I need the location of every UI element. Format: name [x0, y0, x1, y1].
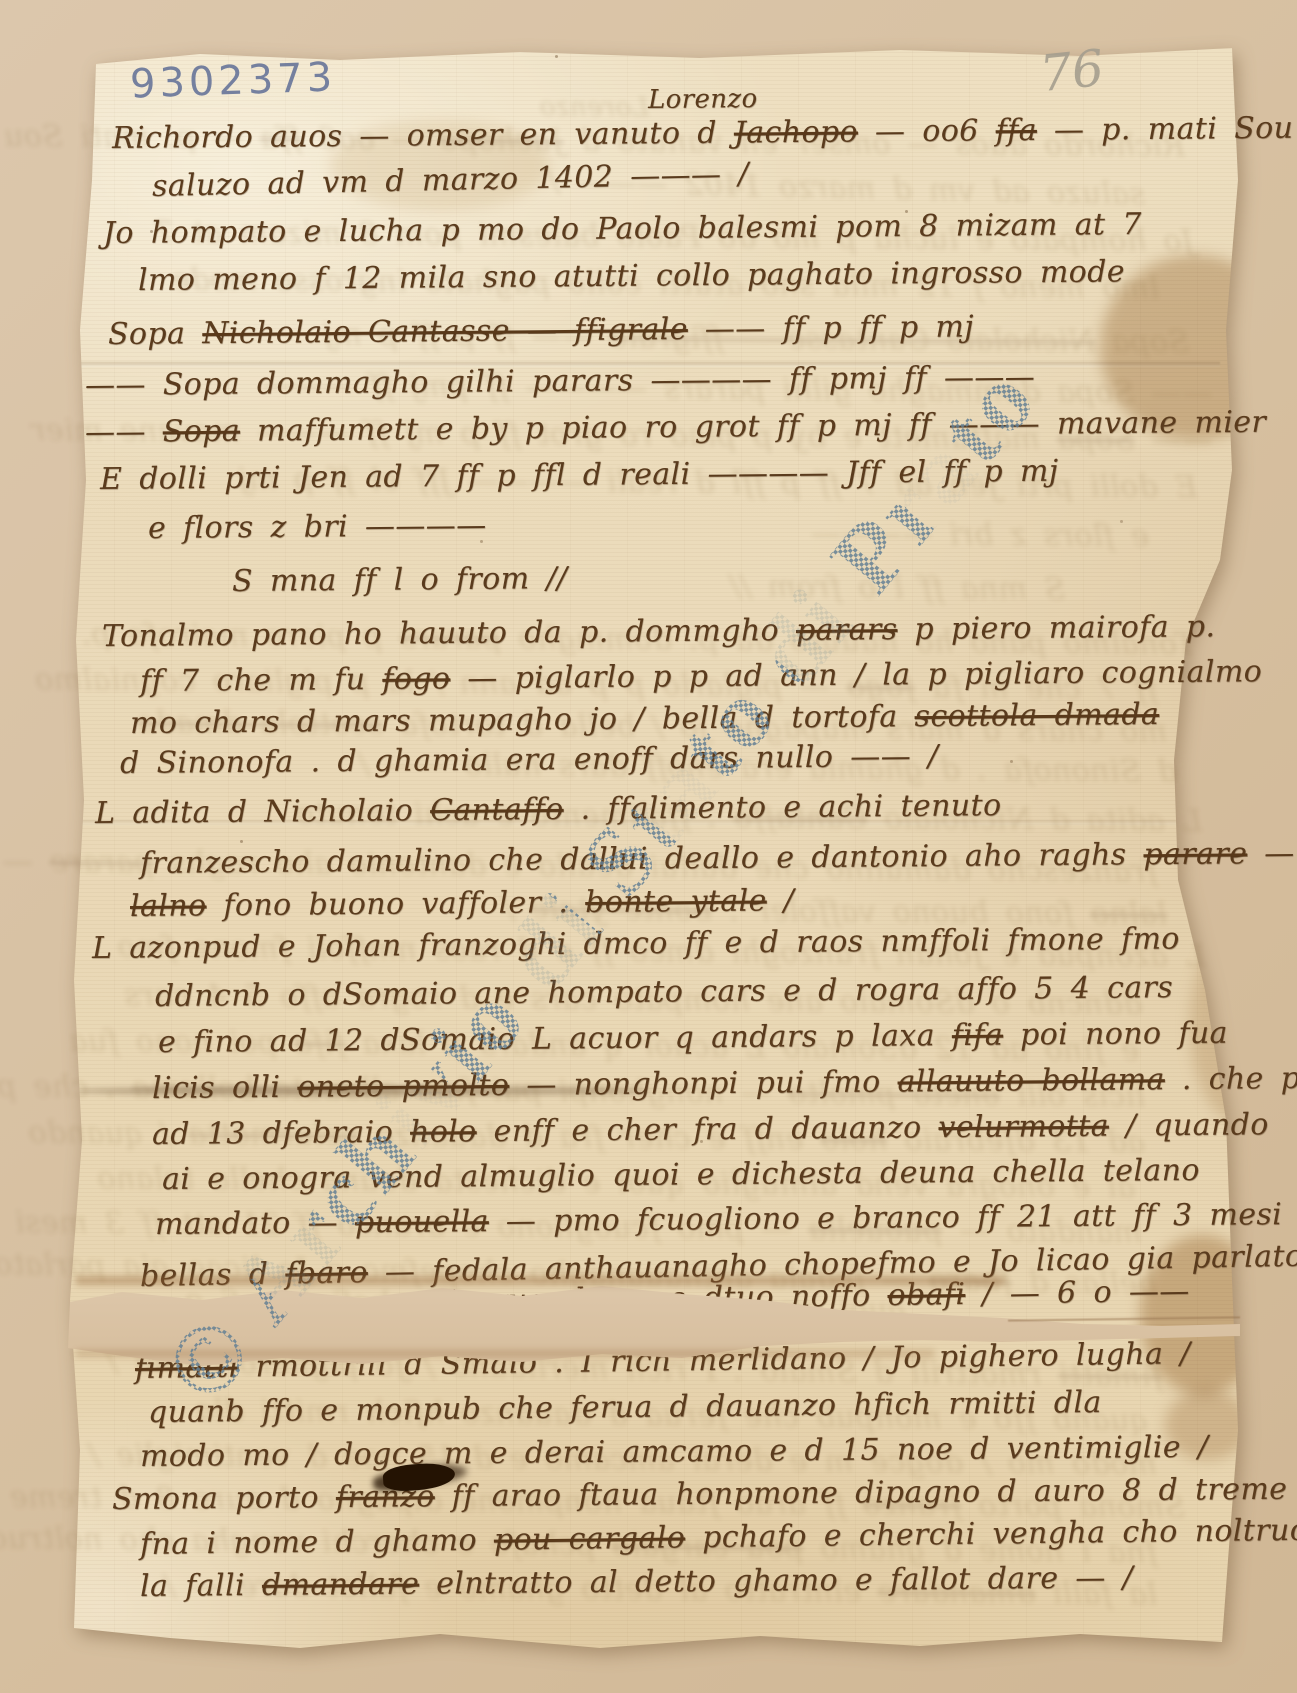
manuscript-line: Tonalmo pano ho hauuto da p. dommgho par…: [102, 608, 1216, 655]
struck-through-text: pou cargalo: [494, 1520, 686, 1557]
handwritten-text: Smona porto: [112, 1480, 336, 1517]
handwritten-text: lmo meno f 12 mila sno atutti collo pagh…: [138, 254, 1125, 298]
manuscript-line: —— Sopa dommagho gilhi parars ———— ff pm…: [85, 359, 1035, 405]
manuscript-line: quanb ffo e monpub che ferua d dauanzo h…: [148, 1384, 1102, 1431]
struck-through-text: lalno: [130, 888, 207, 924]
handwritten-text: fna i nome d ghamo: [140, 1523, 494, 1562]
struck-through-text: scottola dmada: [914, 697, 1159, 734]
manuscript-line: lmo meno f 12 mila sno atutti collo pagh…: [138, 253, 1125, 299]
handwritten-text: e flors z bri ————: [148, 508, 487, 546]
handwritten-text: — p. mati Sou: [1037, 111, 1294, 148]
struck-through-text: fifa: [952, 1018, 1004, 1053]
handwritten-text: d Sinonofa . d ghamia era enoff dars nul…: [120, 739, 939, 781]
handwritten-text: — oo6: [858, 113, 996, 149]
handwritten-text: /: [767, 883, 795, 918]
handwritten-text: licis olli: [152, 1070, 298, 1106]
handwritten-text: poi nono fua: [1003, 1016, 1228, 1053]
struck-through-text: Jachopo: [734, 114, 858, 150]
manuscript-line: d Sinonofa . d ghamia era enoff dars nul…: [120, 738, 939, 783]
manuscript-line: S mna ff l o from //: [232, 560, 568, 600]
handwritten-text: maffumett e by p piao ro grot ff p mj ff…: [240, 405, 1266, 449]
manuscript-line: fna i nome d ghamo pou cargalo pchafo e …: [140, 1511, 1297, 1563]
handwritten-text: p piero mairofa p.: [897, 609, 1215, 647]
handwritten-text: la falli: [140, 1568, 262, 1604]
handwritten-text: S mna ff l o from //: [232, 561, 568, 599]
manuscript-line: Sopa Nicholaio Cantasse — ffigrale —— ff…: [108, 308, 974, 353]
handwritten-text: saluzo ad vm d marzo 1402 ——— /: [152, 157, 750, 204]
manuscript-line: ddncnb o dSomaio ane hompato cars e d ro…: [155, 969, 1173, 1015]
archive-number: 9302373: [129, 54, 337, 107]
document-scan: LorenzoRichordo auos — omser en vanuto d…: [0, 0, 1297, 1693]
struck-through-text: dmandare: [262, 1567, 420, 1603]
handwritten-text: Jo hompato e lucha p mo do Paolo balesmi…: [103, 207, 1142, 251]
handwritten-text: Sopa: [108, 316, 203, 352]
folio-number: 76: [1037, 39, 1106, 103]
struck-through-text: Sopa: [163, 414, 241, 450]
handwritten-text: ff arao ftaua honpmone dipagno d auro 8 …: [435, 1472, 1288, 1514]
handwritten-text: quanb ffo e monpub che ferua d dauanzo h…: [148, 1385, 1102, 1430]
struck-through-text: allauuto bollama: [897, 1062, 1165, 1099]
handwritten-text: — pmo fcuogliono e branco ff 21 att ff 3…: [489, 1197, 1283, 1239]
handwritten-text: Tonalmo pano ho hauuto da p. dommgho: [102, 613, 796, 654]
handwritten-text: — nonghonpi pui fmo: [509, 1064, 898, 1102]
handwritten-text: elntratto al detto ghamo e fallot dare —…: [419, 1560, 1133, 1601]
manuscript-line: licis olli oneto pmolto — nonghonpi pui …: [152, 1059, 1297, 1107]
struck-through-text: ffa: [995, 113, 1037, 148]
manuscript-line: Jo hompato e lucha p mo do Paolo balesmi…: [103, 206, 1142, 253]
handwritten-text: —: [1247, 836, 1295, 871]
struck-through-text: velurmotta: [938, 1109, 1109, 1145]
manuscript-line: Richordo auos — omser en vanuto d Jachop…: [112, 110, 1294, 158]
struck-through-text: Nicholaio Cantasse — ffigrale: [202, 312, 688, 351]
handwritten-text: Richordo auos — omser en vanuto d: [112, 116, 734, 156]
manuscript-line: e fino ad 12 dSomaio L acuor q andars p …: [158, 1015, 1228, 1062]
handwritten-text: ——: [85, 414, 163, 450]
handwritten-text: ff 7 che m fu: [140, 662, 383, 699]
handwritten-text: L adita d Nicholaio: [95, 793, 430, 831]
manuscript-line: e flors z bri ————: [148, 507, 487, 547]
handwritten-text: —— ff p ff p mj: [688, 309, 974, 346]
handwritten-text: pchafo e cherchi vengha cho noltruom: [685, 1512, 1297, 1555]
handwritten-text: modo mo / dogce m e derai amcamo e d 15 …: [140, 1430, 1209, 1474]
manuscript-line: Smona porto franzo ff arao ftaua honpmon…: [112, 1471, 1288, 1519]
manuscript-line: L adita d Nicholaio Cantaffo . ffaliment…: [95, 787, 1002, 832]
manuscript-line: saluzo ad vm d marzo 1402 ——— /: [152, 156, 750, 206]
handwritten-text: / quando: [1109, 1107, 1269, 1143]
handwritten-text: . che p fmo: [1165, 1060, 1297, 1097]
manuscript-line: lalno fono buono vaffoler . bonte ytale …: [130, 882, 795, 925]
struck-through-text: fogo: [382, 661, 450, 697]
manuscript-line: —— Sopa maffumett e by p piao ro grot ff…: [85, 404, 1267, 452]
manuscript-line: la falli dmandare elntratto al detto gha…: [140, 1559, 1134, 1605]
handwritten-text: enff e cher fra d dauanzo: [477, 1110, 939, 1149]
handwritten-text: ddncnb o dSomaio ane hompato cars e d ro…: [155, 970, 1173, 1014]
handwritten-text: Lorenzo: [648, 84, 758, 115]
manuscript-line: Lorenzo: [648, 83, 758, 116]
struck-through-text: parare: [1143, 836, 1247, 872]
struck-through-text: Cantaffo: [430, 792, 564, 828]
manuscript-line: modo mo / dogce m e derai amcamo e d 15 …: [140, 1429, 1209, 1476]
handwritten-text: —— Sopa dommagho gilhi parars ———— ff pm…: [85, 360, 1035, 403]
